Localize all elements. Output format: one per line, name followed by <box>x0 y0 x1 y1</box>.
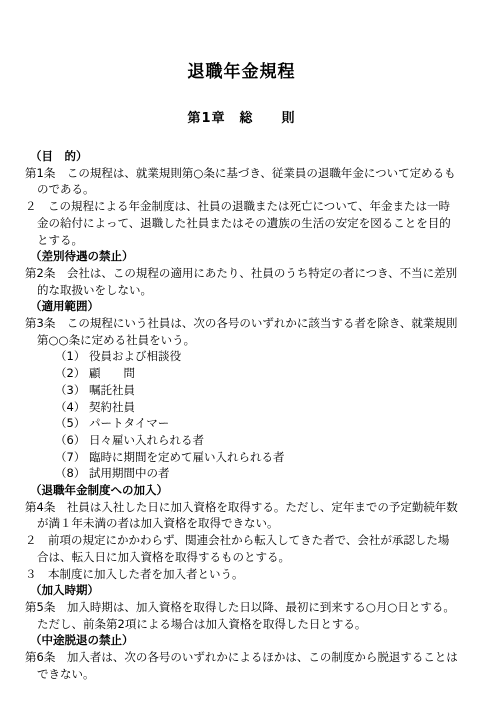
section-heading-purpose: （目 的） <box>30 148 458 165</box>
article-2-paragraph-1: 第2条 会社は、この規程の適用にあたり、社員のうち特定の者につき、不当に差別的な… <box>25 265 458 298</box>
list-item-8: （8） 試用期間中の者 <box>55 465 458 482</box>
section-heading-enrollment: （退職年金制度への加入） <box>30 482 458 499</box>
section-heading-no-midway-withdrawal: （中途脱退の禁止） <box>30 632 458 649</box>
article-1-paragraph-2: ２ この規程による年金制度は、社員の退職または死亡について、年金または一時金の給… <box>25 198 458 248</box>
article-3-paragraph-1: 第3条 この規程にいう社員は、次の各号のいずれかに該当する者を除き、就業規則第○… <box>25 315 458 348</box>
document-body: （目 的） 第1条 この規程は、就業規則第○条に基づき、従業員の退職年金について… <box>25 148 458 683</box>
article-5-paragraph-1: 第5条 加入時期は、加入資格を取得した日以降、最初に到来する○月○日とする。ただ… <box>25 599 458 632</box>
article-4-paragraph-1: 第4条 社員は入社した日に加入資格を取得する。ただし、定年までの予定勤続年数が満… <box>25 499 458 532</box>
article-1-paragraph-1: 第1条 この規程は、就業規則第○条に基づき、従業員の退職年金について定めるもので… <box>25 165 458 198</box>
list-item-6: （6） 日々雇い入れられる者 <box>55 432 458 449</box>
section-heading-no-discrimination: （差別待遇の禁止） <box>30 248 458 265</box>
article-4-paragraph-3: ３ 本制度に加入した者を加入者という。 <box>25 566 458 583</box>
document-page: 退職年金規程 第1章 総 則 （目 的） 第1条 この規程は、就業規則第○条に基… <box>0 0 482 709</box>
list-item-4: （4） 契約社員 <box>55 399 458 416</box>
list-item-1: （1） 役員および相談役 <box>55 348 458 365</box>
list-item-5: （5） パートタイマー <box>55 415 458 432</box>
list-item-7: （7） 臨時に期間を定めて雇い入れられる者 <box>55 449 458 466</box>
list-item-3: （3） 嘱託社員 <box>55 382 458 399</box>
chapter-heading: 第1章 総 則 <box>25 111 458 127</box>
article-4-paragraph-2: ２ 前項の規定にかかわらず、関連会社から転入してきた者で、会社が承認した場合は、… <box>25 532 458 565</box>
document-title: 退職年金規程 <box>25 62 458 82</box>
list-item-2: （2） 顧 問 <box>55 365 458 382</box>
article-6-paragraph-1: 第6条 加入者は、次の各号のいずれかによるほかは、この制度から脱退することはでき… <box>25 649 458 682</box>
section-heading-enrollment-timing: （加入時期） <box>30 582 458 599</box>
section-heading-scope: （適用範囲） <box>30 298 458 315</box>
